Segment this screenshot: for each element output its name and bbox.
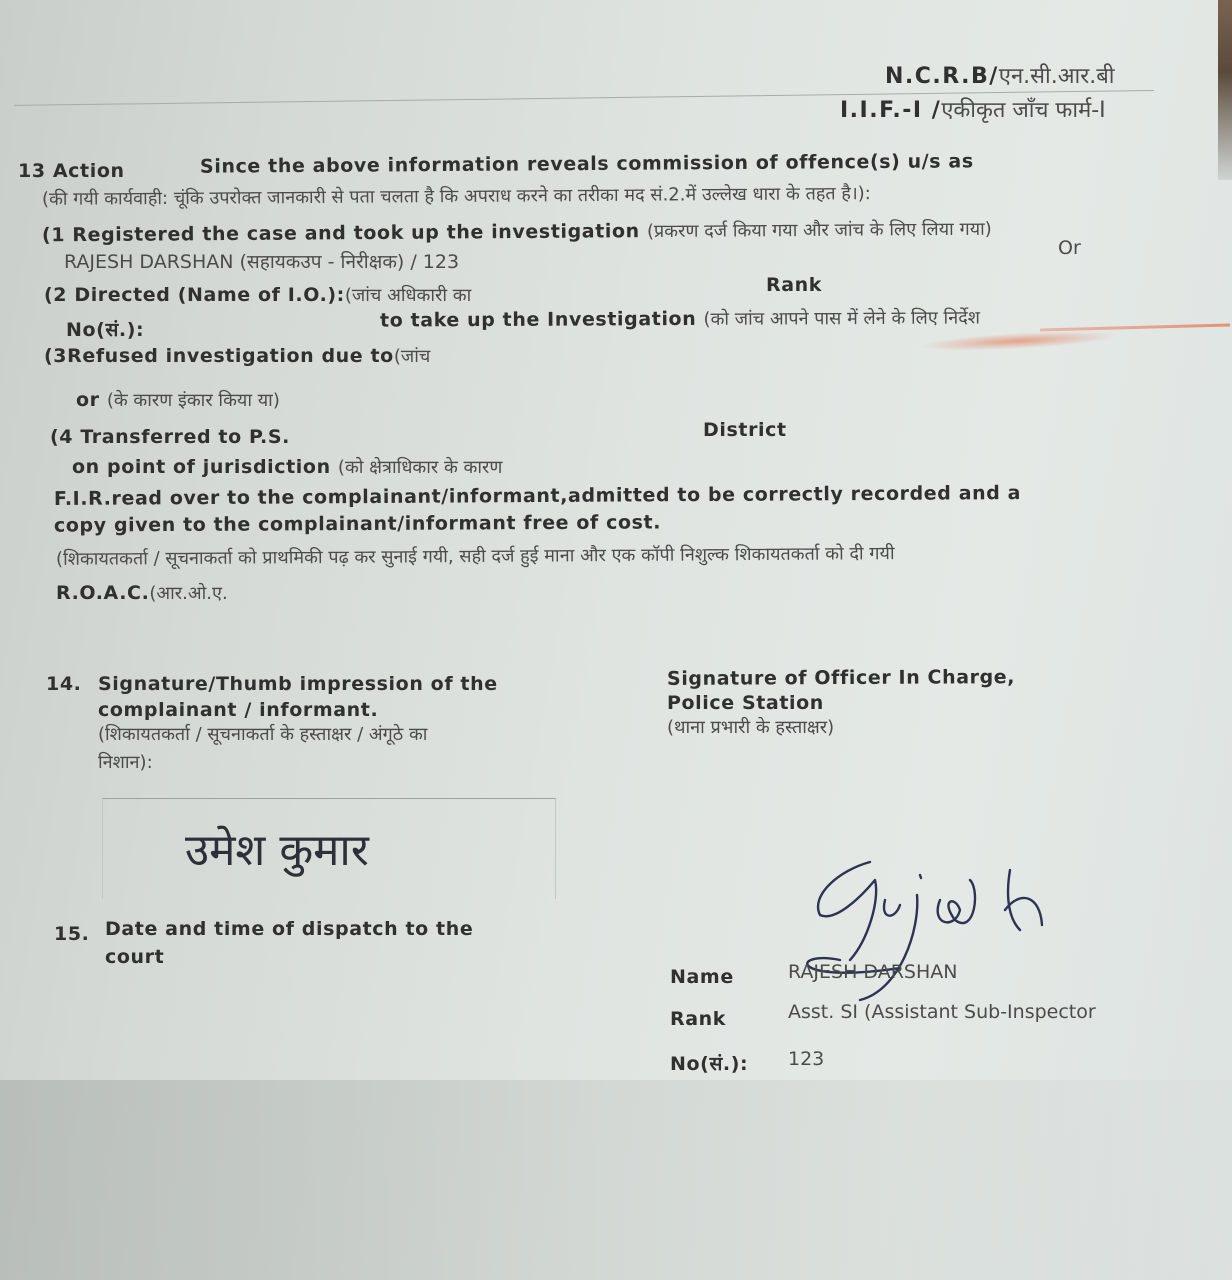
org-code: N.C.R.B/: [885, 64, 999, 89]
section13-label: 13 Action: [18, 160, 125, 182]
fir-read-line2: copy given to the complainant/informant …: [54, 511, 661, 536]
option4-transferred: (4 Transferred to P.S.: [50, 426, 290, 448]
section14-number: 14.: [46, 673, 81, 695]
officer-rank-value: Asst. SI (Assistant Sub-Inspector: [788, 1001, 1096, 1023]
option1-label-hindi: (प्रकरण दर्ज किया गया और जांच के लिए लिय…: [647, 219, 992, 242]
officer-name-value: RAJESH DARSHAN: [788, 961, 957, 983]
option3-or-line: or (के कारण इंकार किया या): [76, 388, 280, 412]
fir-read-line1: F.I.R.read over to the complainant/infor…: [54, 482, 1021, 510]
page-bottom-shadow: [0, 1080, 1232, 1280]
option2-label-hindi: (जांच अधिकारी का: [345, 285, 471, 306]
ink-stain: [918, 328, 1119, 354]
option2-rank-label: Rank: [766, 274, 822, 296]
option3-or: or: [76, 389, 100, 411]
section15-line2: court: [105, 946, 164, 968]
roac: R.O.A.C.(आर.ओ.ए.: [56, 581, 228, 605]
section15-line1: Date and time of dispatch to the: [105, 918, 473, 940]
option2-label: (2 Directed (Name of I.O.):: [44, 284, 345, 306]
officer-no-value: 123: [788, 1048, 824, 1070]
complainant-signature: उमेश कुमार: [185, 818, 369, 878]
section14-line1: Signature/Thumb impression of the: [98, 673, 498, 695]
option3-label-hindi: (जांच: [394, 346, 430, 367]
option2-tail: to take up the Investigation (को जांच आप…: [380, 305, 980, 332]
jurisdiction-hindi: (को क्षेत्राधिकार के कारण: [338, 457, 502, 478]
option1-registered: (1 Registered the case and took up the i…: [42, 217, 992, 248]
option3-or-hindi: (के कारण इंकार किया या): [107, 390, 280, 411]
option4-jurisdiction: on point of jurisdiction (को क्षेत्राधिक…: [72, 455, 502, 479]
option2-tail-hindi: (को जांच आपने पास में लेने के लिए निर्दे…: [703, 307, 980, 329]
page-edge-shadow: [1218, 0, 1232, 180]
officer-heading-line1: Signature of Officer In Charge,: [667, 666, 1015, 690]
officer-no-label: No(सं.):: [670, 1050, 748, 1076]
section14-line2: complainant / informant.: [98, 699, 378, 721]
roac-hindi: (आर.ओ.ए.: [149, 583, 227, 604]
section15-number: 15.: [54, 923, 89, 945]
org-code-hindi: एन.सी.आर.बी: [999, 64, 1115, 89]
section13-intro-hindi: (की गयी कार्यवाही: चूंकि उपरोक्त जानकारी…: [42, 181, 871, 211]
officer-name-label: Name: [670, 966, 734, 988]
section13-intro: Since the above information reveals comm…: [200, 150, 974, 177]
form-code: I.I.F.-I /: [840, 98, 941, 123]
option1-officer-value: RAJESH DARSHAN (सहायकउप - निरीक्षक) / 12…: [64, 248, 459, 274]
option1-or: Or: [1058, 237, 1081, 259]
fir-read-hindi: (शिकायतकर्ता / सूचनाकर्ता को प्राथमिकी प…: [56, 541, 895, 571]
officer-heading-line2: Police Station: [667, 692, 824, 714]
option3-refused: (3Refused investigation due to(जांच: [44, 344, 430, 368]
option2-no-label: No(सं.):: [66, 316, 144, 342]
officer-rank-label: Rank: [670, 1008, 726, 1030]
form-title-hindi: एकीकृत जाँच फार्म-I: [941, 98, 1105, 123]
form-org: N.C.R.B/एन.सी.आर.बी: [885, 60, 1114, 90]
section14-hindi-line1: (शिकायतकर्ता / सूचनाकर्ता के हस्ताक्षर /…: [98, 722, 427, 746]
option2-tail-text: to take up the Investigation: [380, 308, 696, 332]
ink-stain-streak: [1040, 324, 1230, 332]
roac-label: R.O.A.C.: [56, 582, 149, 604]
section14-hindi-line2: निशान):: [98, 750, 153, 774]
option1-label: (1 Registered the case and took up the i…: [42, 220, 640, 246]
option3-label: (3Refused investigation due to: [44, 345, 394, 367]
option2-directed: (2 Directed (Name of I.O.):(जांच अधिकारी…: [44, 283, 471, 307]
jurisdiction-text: on point of jurisdiction: [72, 456, 331, 478]
option4-district-label: District: [703, 419, 787, 441]
officer-heading-hindi: (थाना प्रभारी के हस्ताक्षर): [667, 715, 834, 739]
form-title: I.I.F.-I /एकीकृत जाँच फार्म-I: [840, 94, 1106, 124]
